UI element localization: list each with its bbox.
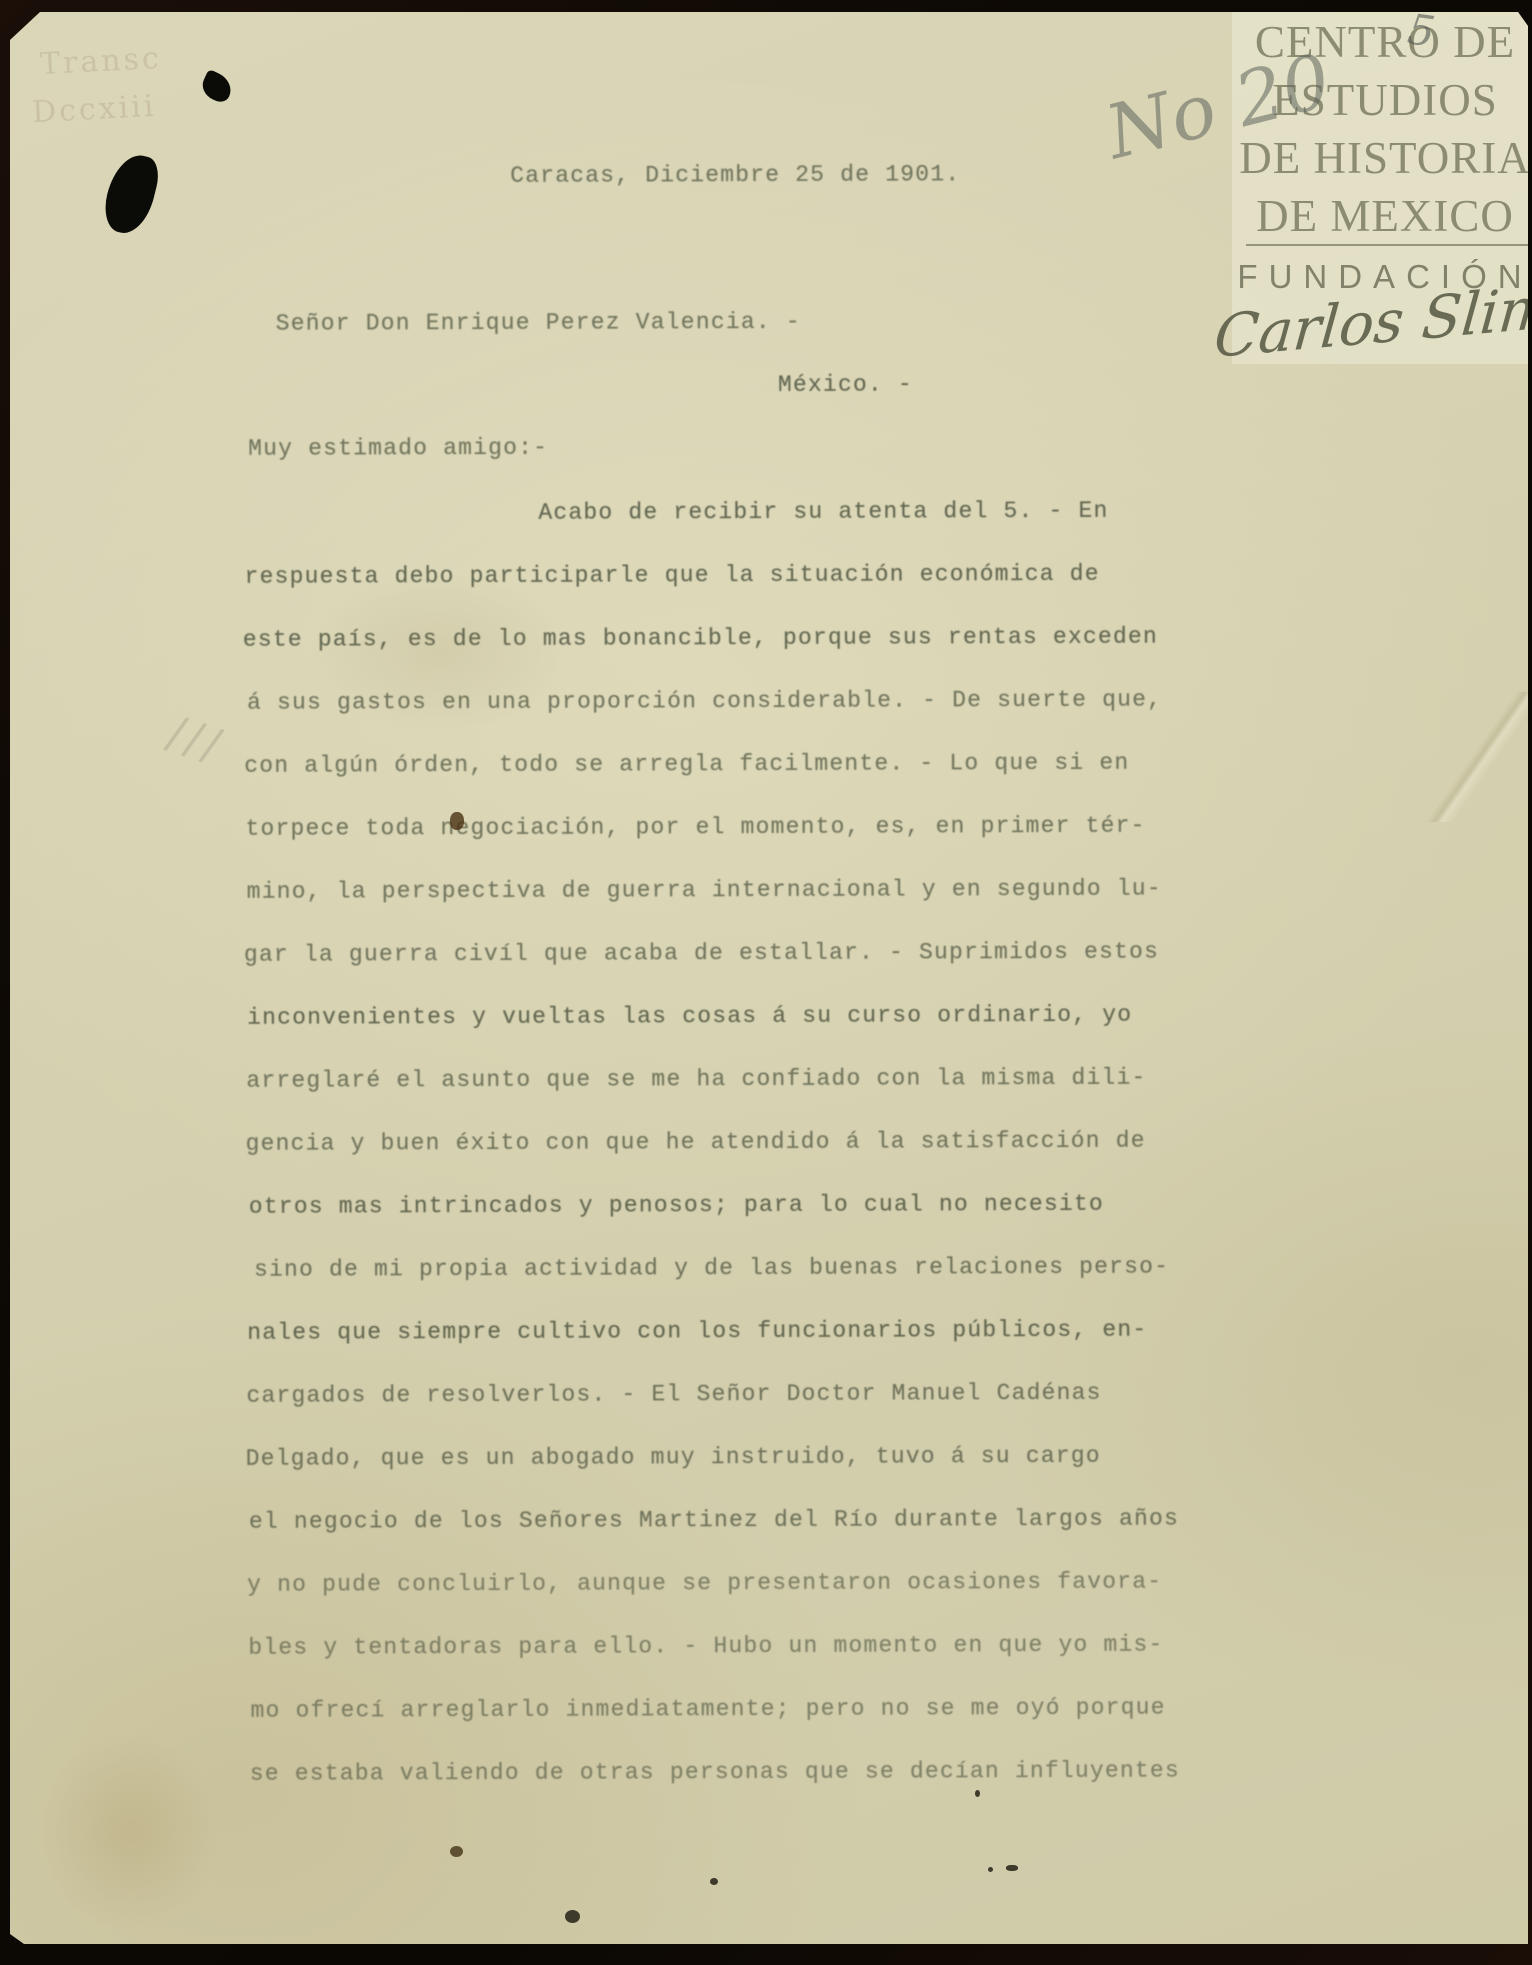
stamp-line: DE HISTORIA [1232,132,1532,184]
faint-pencil-note: Dccxiii [31,89,157,130]
body-line: mino, la perspectiva de guerra internaci… [247,876,1162,905]
body-line: bles y tentadoras para ello. - Hubo un m… [248,1632,1163,1661]
letter-paper: Caracas, Diciembre 25 de 1901. Señor Don… [10,12,1528,1944]
scanned-letter-background: Caracas, Diciembre 25 de 1901. Señor Don… [0,0,1532,1965]
body-line: otros mas intrincados y penosos; para lo… [249,1191,1104,1220]
body-line: torpece toda negociación, por el momento… [245,813,1145,842]
paper-stain [40,1732,220,1932]
addressee-line: Señor Don Enrique Perez Valencia. - [276,309,801,337]
place-line: México. - [778,371,913,397]
body-line: se estaba valiendo de otras personas que… [250,1758,1180,1787]
ink-speck [1006,1865,1018,1871]
body-line: cargados de resolverlos. - El Señor Doct… [246,1380,1101,1409]
ink-speck [975,1790,980,1797]
body-line: mo ofrecí arreglarlo inmediatamente; per… [251,1695,1166,1724]
date-line: Caracas, Diciembre 25 de 1901. [510,161,960,189]
body-line: el negocio de los Señores Martinez del R… [249,1506,1179,1535]
body-line: Delgado, que es un abogado muy instruido… [246,1443,1101,1472]
crease-mark [1415,692,1532,822]
body-line: gar la guerra civíl que acaba de estalla… [244,939,1159,968]
ink-speck [710,1878,718,1885]
ink-speck [988,1867,993,1872]
body-line: inconvenientes y vueltas las cosas á su … [247,1002,1132,1031]
body-line: sino de mi propia actividad y de las bue… [254,1254,1169,1283]
salutation-line: Muy estimado amigo:- [248,435,548,462]
stamp-divider [1246,244,1532,246]
body-line: arreglaré el asunto que se me ha confiad… [246,1065,1146,1094]
ink-speck [450,1846,463,1857]
ink-speck [565,1910,580,1923]
body-opening-line: Acabo de recibir su atenta del 5. - En [538,498,1108,526]
stamp-line: DE MEXICO [1232,190,1532,242]
faint-pencil-note: Transc [39,41,162,82]
paper-stain [310,572,570,732]
body-line: nales que siempre cultivo con los funcio… [247,1317,1147,1346]
body-line: con algún órden, todo se arregla facilme… [244,750,1129,779]
body-line: gencia y buen éxito con que he atendido … [246,1128,1146,1157]
body-line: y no pude concluirlo, aunque se presenta… [247,1569,1162,1598]
ink-speck [450,812,464,830]
